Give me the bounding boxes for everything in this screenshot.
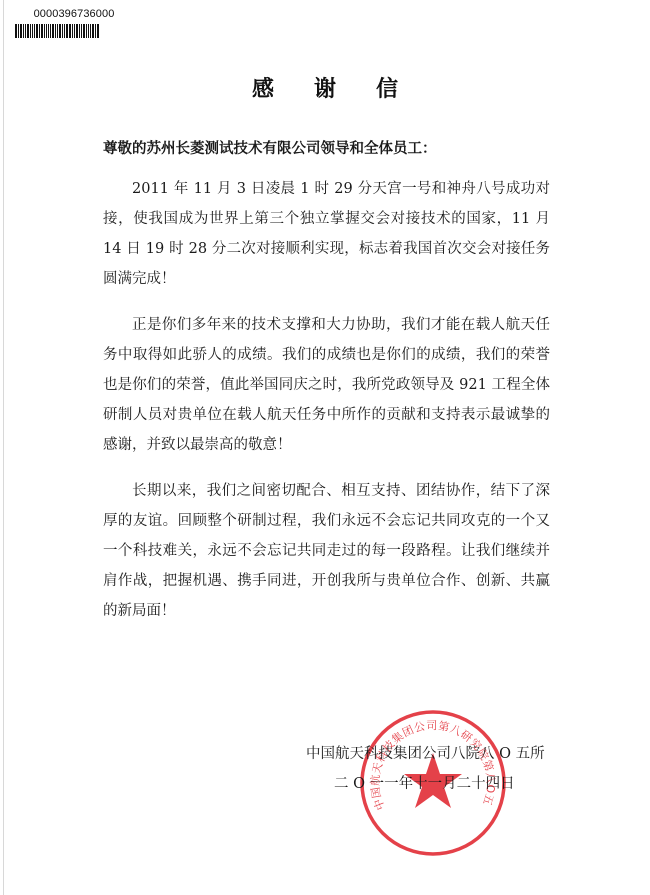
barcode-icon: [15, 24, 125, 38]
scan-edge-line: [3, 0, 4, 895]
barcode-bar: [69, 24, 71, 38]
letter-body: 尊敬的苏州长菱测试技术有限公司领导和全体员工： 2011 年 11 月 3 日凌…: [103, 134, 550, 642]
paragraph-1: 2011 年 11 月 3 日凌晨 1 时 29 分天宫一号和神舟八号成功对接，…: [103, 174, 550, 294]
barcode-bar: [95, 24, 96, 38]
barcode-bar: [86, 24, 87, 38]
barcode-bar: [92, 24, 94, 38]
barcode-bar: [62, 24, 63, 38]
barcode-bar: [79, 24, 80, 38]
barcode-bar: [55, 24, 56, 38]
barcode-bar: [50, 24, 51, 38]
barcode-bar: [46, 24, 47, 38]
barcode-bar: [34, 24, 35, 38]
barcode-bar: [18, 24, 19, 38]
barcode-bar: [25, 24, 26, 38]
barcode-bar: [20, 24, 22, 38]
barcode-bar: [81, 24, 82, 38]
barcode-number: 0000396736000: [15, 8, 125, 20]
signature-date: 二 O 一一年十一月二十四日: [306, 769, 545, 799]
barcode-bar: [88, 24, 89, 38]
barcode-bar: [27, 24, 29, 38]
barcode-bar: [83, 24, 85, 38]
barcode-bar: [64, 24, 65, 38]
title-char: 谢: [314, 72, 336, 103]
barcode-bar: [76, 24, 78, 38]
signature-organization: 中国航天科技集团公司八院八 O 五所: [306, 739, 545, 769]
barcode-bar: [32, 24, 33, 38]
title-char: 信: [376, 72, 398, 103]
barcode-bar: [48, 24, 49, 38]
barcode-bar: [74, 24, 75, 38]
barcode-bar: [15, 24, 17, 38]
barcode-bar: [36, 24, 38, 38]
barcode-bar: [90, 24, 91, 38]
barcode-label: 0000396736000: [15, 8, 125, 38]
barcode-bar: [57, 24, 58, 38]
barcode-bar: [30, 24, 31, 38]
barcode-bar: [66, 24, 68, 38]
barcode-bar: [41, 24, 43, 38]
barcode-bar: [97, 24, 99, 38]
barcode-bar: [39, 24, 40, 38]
signature-block: 中国航天科技集团公司八院八 O 五所 二 O 一一年十一月二十四日: [306, 739, 545, 799]
title-char: 感: [252, 72, 274, 103]
paragraph-2: 正是你们多年来的技术支撑和大力协助，我们才能在载人航天任务中取得如此骄人的成绩。…: [103, 310, 550, 460]
paragraph-3: 长期以来，我们之间密切配合、相互支持、团结协作，结下了深厚的友谊。回顾整个研制过…: [103, 476, 550, 626]
greeting: 尊敬的苏州长菱测试技术有限公司领导和全体员工：: [103, 134, 550, 164]
barcode-bar: [44, 24, 45, 38]
barcode-bar: [72, 24, 73, 38]
page-title: 感谢信: [0, 72, 650, 103]
barcode-bar: [52, 24, 54, 38]
barcode-bar: [23, 24, 24, 38]
barcode-bar: [59, 24, 61, 38]
